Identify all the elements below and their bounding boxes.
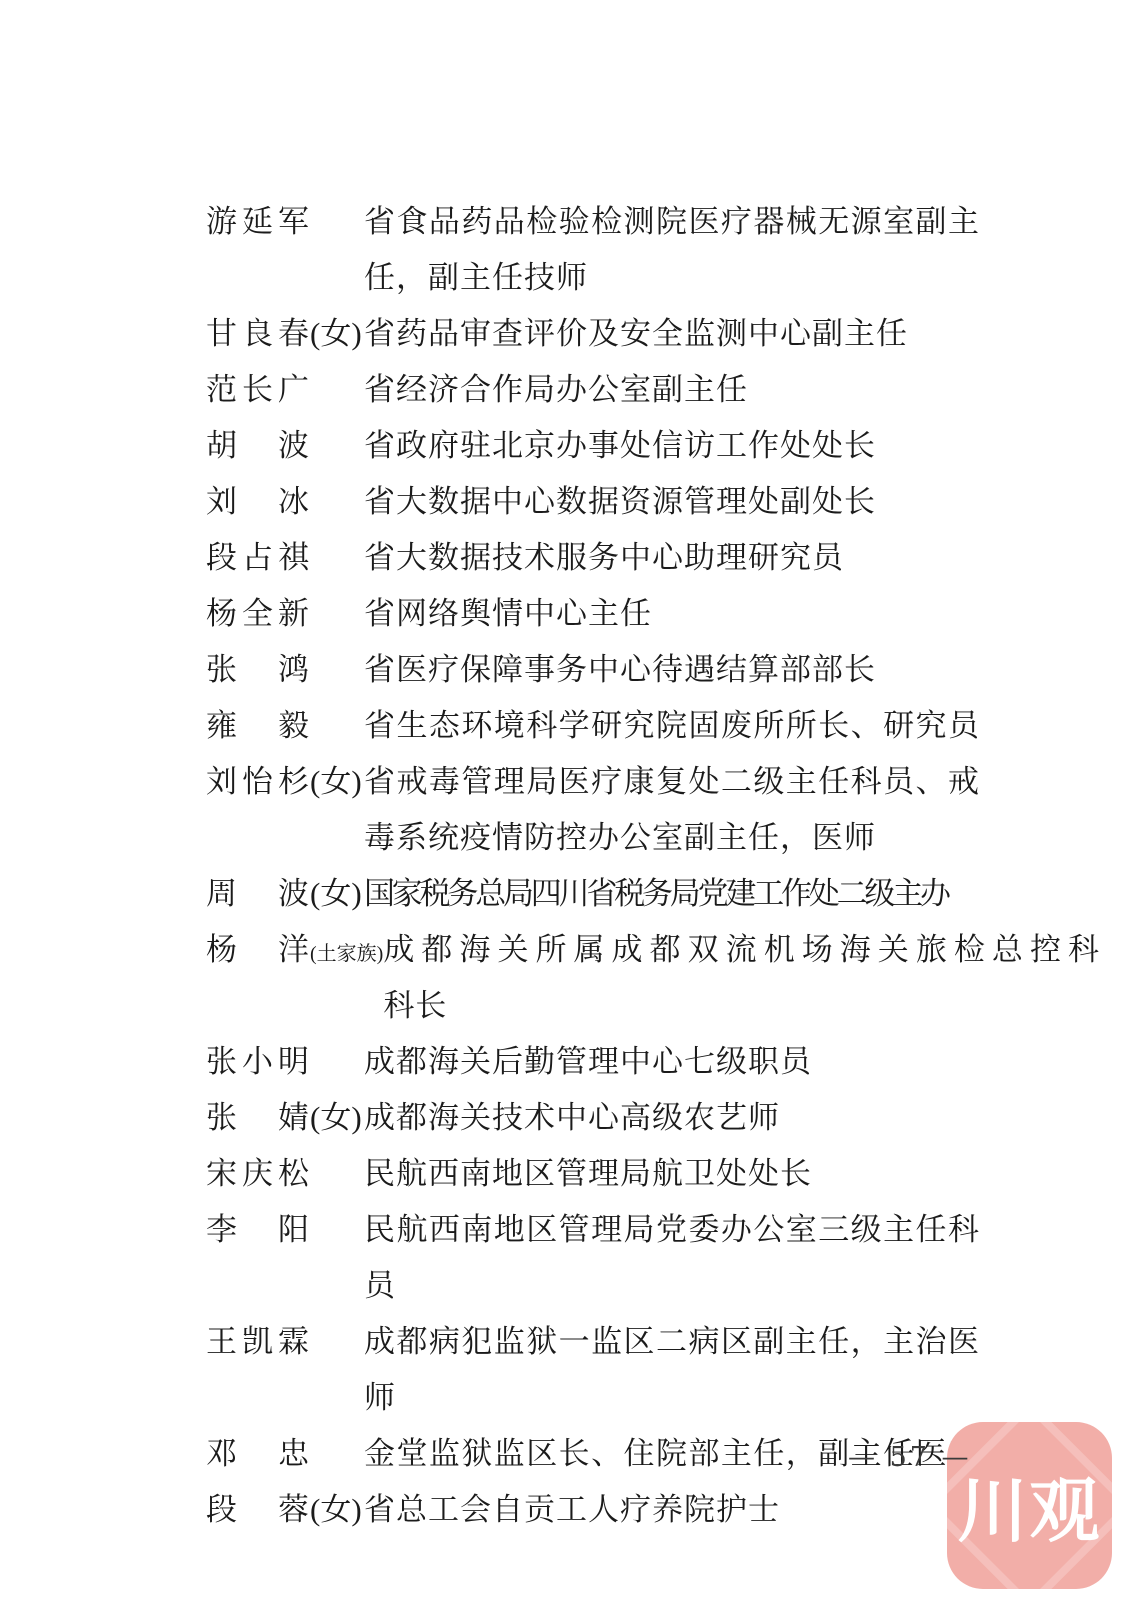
person-title-line: 省大数据技术服务中心助理研究员 (364, 530, 980, 586)
person-title-line: 国家税务总局四川省税务局党建工作处二级主办 (364, 866, 980, 922)
person-title-cell: 省药品审查评价及安全监测中心副主任 (364, 306, 980, 362)
person-title-cell: 省经济合作局办公室副主任 (364, 362, 980, 418)
roster-entry: 张小明成都海关后勤管理中心七级职员 (206, 1034, 980, 1090)
person-name: 胡波 (206, 418, 310, 474)
person-title-cell: 成都海关所属成都双流机场海关旅检总控科科长 (383, 922, 980, 1034)
person-title-line: 民航西南地区管理局航卫处处长 (364, 1146, 980, 1202)
person-title-cell: 省大数据技术服务中心助理研究员 (364, 530, 980, 586)
person-name: 杨洋 (206, 922, 310, 978)
gender-tag: (女) (310, 876, 362, 911)
logo-text: 川观 (947, 1456, 1112, 1566)
person-name-cell: 周波(女) (206, 866, 364, 922)
person-title-line: 省食品药品检验检测院医疗器械无源室副主 (364, 194, 980, 250)
person-title-cell: 民航西南地区管理局航卫处处长 (364, 1146, 980, 1202)
roster-entry: 刘怡杉(女)省戒毒管理局医疗康复处二级主任科员、戒毒系统疫情防控办公室副主任，医… (206, 754, 980, 866)
person-title-cell: 省大数据中心数据资源管理处副处长 (364, 474, 980, 530)
person-title-line: 省戒毒管理局医疗康复处二级主任科员、戒 (364, 754, 980, 810)
person-title-line: 省医疗保障事务中心待遇结算部部长 (364, 642, 980, 698)
roster-entry: 王凯霖成都病犯监狱一监区二病区副主任，主治医师 (206, 1314, 980, 1426)
person-name-cell: 杨洋(土家族) (206, 922, 383, 982)
person-name: 王凯霖 (206, 1314, 310, 1370)
person-title-cell: 省政府驻北京办事处信访工作处处长 (364, 418, 980, 474)
person-title-line: 成都海关后勤管理中心七级职员 (364, 1034, 980, 1090)
person-title-line: 省药品审查评价及安全监测中心副主任 (364, 306, 980, 362)
gender-tag: (女) (310, 1492, 362, 1527)
roster-entry: 李阳民航西南地区管理局党委办公室三级主任科员 (206, 1202, 980, 1314)
person-name: 范长广 (206, 362, 310, 418)
person-title-line: 省政府驻北京办事处信访工作处处长 (364, 418, 980, 474)
person-name: 张鸿 (206, 642, 310, 698)
person-title-cell: 民航西南地区管理局党委办公室三级主任科员 (364, 1202, 980, 1314)
person-title-line: 成都病犯监狱一监区二病区副主任，主治医师 (364, 1314, 980, 1426)
roster-entry: 张鸿省医疗保障事务中心待遇结算部部长 (206, 642, 980, 698)
person-name-cell: 段占祺 (206, 530, 364, 586)
person-title-cell: 省总工会自贡工人疗养院护士 (364, 1482, 980, 1538)
person-name: 刘冰 (206, 474, 310, 530)
person-name-cell: 雍毅 (206, 698, 364, 754)
person-title-line: 毒系统疫情防控办公室副主任，医师 (364, 810, 980, 866)
person-title-cell: 成都海关后勤管理中心七级职员 (364, 1034, 980, 1090)
person-name-cell: 胡波 (206, 418, 364, 474)
person-name-cell: 宋庆松 (206, 1146, 364, 1202)
gender-tag: (女) (310, 1100, 362, 1135)
person-name: 杨全新 (206, 586, 310, 642)
person-name-cell: 刘怡杉(女) (206, 754, 364, 810)
person-title-cell: 省医疗保障事务中心待遇结算部部长 (364, 642, 980, 698)
person-name-cell: 刘冰 (206, 474, 364, 530)
person-name: 周波 (206, 866, 310, 922)
roster-entry: 杨洋(土家族)成都海关所属成都双流机场海关旅检总控科科长 (206, 922, 980, 1034)
person-title-cell: 成都海关技术中心高级农艺师 (364, 1090, 980, 1146)
person-title-line: 省总工会自贡工人疗养院护士 (364, 1482, 980, 1538)
page-number: — 57 — (848, 1442, 972, 1473)
gender-tag: (女) (310, 764, 362, 799)
personnel-roster: 游延军省食品药品检验检测院医疗器械无源室副主任，副主任技师甘良春(女)省药品审查… (206, 194, 980, 1538)
person-name: 刘怡杉 (206, 754, 310, 810)
person-name: 邓忠 (206, 1426, 310, 1482)
person-title-line: 成都海关技术中心高级农艺师 (364, 1090, 980, 1146)
person-name: 张婧 (206, 1090, 310, 1146)
person-name: 甘良春 (206, 306, 310, 362)
person-name: 宋庆松 (206, 1146, 310, 1202)
roster-entry: 宋庆松民航西南地区管理局航卫处处长 (206, 1146, 980, 1202)
person-name: 李阳 (206, 1202, 310, 1258)
person-name-cell: 邓忠 (206, 1426, 364, 1482)
person-name-cell: 李阳 (206, 1202, 364, 1258)
person-name: 段占祺 (206, 530, 310, 586)
roster-entry: 雍毅省生态环境科学研究院固废所所长、研究员 (206, 698, 980, 754)
person-name-cell: 杨全新 (206, 586, 364, 642)
person-title-cell: 国家税务总局四川省税务局党建工作处二级主办 (364, 866, 980, 922)
gender-tag: (女) (310, 316, 362, 351)
person-name: 游延军 (206, 194, 310, 250)
person-title-line: 省网络舆情中心主任 (364, 586, 980, 642)
person-name-cell: 王凯霖 (206, 1314, 364, 1370)
roster-entry: 胡波省政府驻北京办事处信访工作处处长 (206, 418, 980, 474)
person-title-line: 省生态环境科学研究院固废所所长、研究员 (364, 698, 980, 754)
chuanguan-watermark-logo: 川观 (947, 1422, 1112, 1589)
person-name-cell: 张鸿 (206, 642, 364, 698)
person-name: 张小明 (206, 1034, 310, 1090)
ethnicity-tag: (土家族) (310, 943, 383, 965)
person-name-cell: 段蓉(女) (206, 1482, 364, 1538)
person-name: 雍毅 (206, 698, 310, 754)
roster-entry: 段蓉(女)省总工会自贡工人疗养院护士 (206, 1482, 980, 1538)
roster-entry: 刘冰省大数据中心数据资源管理处副处长 (206, 474, 980, 530)
person-name-cell: 范长广 (206, 362, 364, 418)
person-title-line: 科长 (383, 978, 980, 1034)
person-title-cell: 省网络舆情中心主任 (364, 586, 980, 642)
person-name-cell: 张婧(女) (206, 1090, 364, 1146)
roster-entry: 范长广省经济合作局办公室副主任 (206, 362, 980, 418)
person-name-cell: 甘良春(女) (206, 306, 364, 362)
person-title-line: 任，副主任技师 (364, 250, 980, 306)
person-title-line: 成都海关所属成都双流机场海关旅检总控科 (383, 922, 1100, 978)
roster-entry: 张婧(女)成都海关技术中心高级农艺师 (206, 1090, 980, 1146)
person-title-cell: 成都病犯监狱一监区二病区副主任，主治医师 (364, 1314, 980, 1426)
roster-entry: 段占祺省大数据技术服务中心助理研究员 (206, 530, 980, 586)
person-title-line: 省大数据中心数据资源管理处副处长 (364, 474, 980, 530)
person-title-line: 省经济合作局办公室副主任 (364, 362, 980, 418)
person-name-cell: 游延军 (206, 194, 364, 250)
roster-entry: 甘良春(女)省药品审查评价及安全监测中心副主任 (206, 306, 980, 362)
roster-entry: 游延军省食品药品检验检测院医疗器械无源室副主任，副主任技师 (206, 194, 980, 306)
person-name: 段蓉 (206, 1482, 310, 1538)
roster-entry: 杨全新省网络舆情中心主任 (206, 586, 980, 642)
document-page: 游延军省食品药品检验检测院医疗器械无源室副主任，副主任技师甘良春(女)省药品审查… (0, 0, 1124, 1600)
roster-entry: 周波(女)国家税务总局四川省税务局党建工作处二级主办 (206, 866, 980, 922)
person-title-cell: 省戒毒管理局医疗康复处二级主任科员、戒毒系统疫情防控办公室副主任，医师 (364, 754, 980, 866)
person-name-cell: 张小明 (206, 1034, 364, 1090)
person-title-cell: 省食品药品检验检测院医疗器械无源室副主任，副主任技师 (364, 194, 980, 306)
person-title-line: 民航西南地区管理局党委办公室三级主任科员 (364, 1202, 980, 1314)
person-title-cell: 省生态环境科学研究院固废所所长、研究员 (364, 698, 980, 754)
